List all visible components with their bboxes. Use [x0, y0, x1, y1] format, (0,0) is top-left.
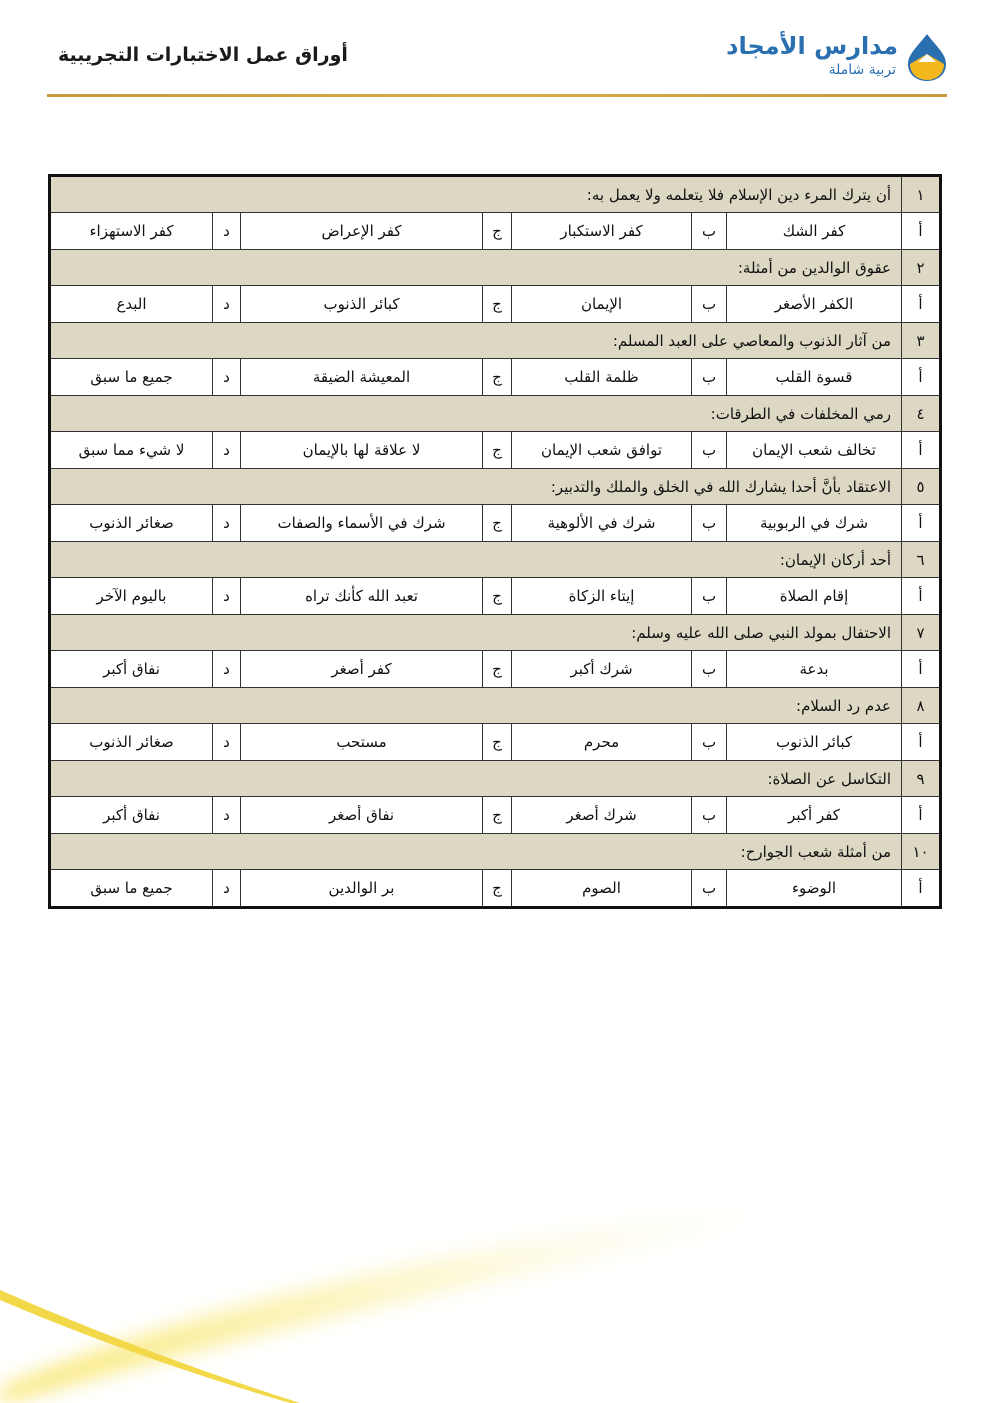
decorative-swoosh: [0, 1150, 992, 1403]
question-row: ٣من آثار الذنوب والمعاصي على العبد المسل…: [50, 323, 941, 359]
option-choice[interactable]: كفر الاستهزاء: [50, 213, 213, 250]
option-label: د: [213, 870, 241, 908]
option-label: د: [213, 213, 241, 250]
question-row: ٩التكاسل عن الصلاة:: [50, 761, 941, 797]
option-label: ب: [692, 797, 727, 834]
option-label: ج: [483, 797, 512, 834]
question-text: التكاسل عن الصلاة:: [50, 761, 902, 797]
option-label: د: [213, 505, 241, 542]
option-label: ب: [692, 286, 727, 323]
option-label: د: [213, 359, 241, 396]
question-row: ٥الاعتقاد بأنَّ أحدا يشارك الله في الخلق…: [50, 469, 941, 505]
option-label: ج: [483, 651, 512, 688]
drop-logo-icon: [906, 32, 948, 82]
option-choice[interactable]: لا شيء مما سبق: [50, 432, 213, 469]
option-choice[interactable]: الكفر الأصغر: [727, 286, 902, 323]
option-choice[interactable]: باليوم الآخر: [50, 578, 213, 615]
option-choice[interactable]: الصوم: [512, 870, 692, 908]
option-choice[interactable]: الإيمان: [512, 286, 692, 323]
option-choice[interactable]: شرك في الربوبية: [727, 505, 902, 542]
option-choice[interactable]: جميع ما سبق: [50, 359, 213, 396]
question-text: من آثار الذنوب والمعاصي على العبد المسلم…: [50, 323, 902, 359]
option-label: د: [213, 432, 241, 469]
question-text: الاحتفال بمولد النبي صلى الله عليه وسلم:: [50, 615, 902, 651]
option-choice[interactable]: صغائر الذنوب: [50, 505, 213, 542]
option-label: أ: [902, 870, 941, 908]
option-choice[interactable]: شرك في الأسماء والصفات: [241, 505, 483, 542]
option-choice[interactable]: بر الوالدين: [241, 870, 483, 908]
quiz-table: ١أن يترك المرء دين الإسلام فلا يتعلمه ول…: [48, 174, 942, 909]
option-label: أ: [902, 797, 941, 834]
option-choice[interactable]: الوضوء: [727, 870, 902, 908]
school-logo: مدارس الأمجاد تربية شاملة: [733, 30, 948, 85]
option-choice[interactable]: مستحب: [241, 724, 483, 761]
option-label: ب: [692, 724, 727, 761]
question-number: ٤: [902, 396, 941, 432]
option-choice[interactable]: نفاق أصغر: [241, 797, 483, 834]
option-label: ج: [483, 724, 512, 761]
question-number: ٥: [902, 469, 941, 505]
document-title: أوراق عمل الاختبارات التجريبية: [58, 44, 358, 66]
option-choice[interactable]: بدعة: [727, 651, 902, 688]
page-header: أوراق عمل الاختبارات التجريبية مدارس الأ…: [0, 0, 992, 100]
question-text: رمي المخلفات في الطرقات:: [50, 396, 902, 432]
option-label: أ: [902, 651, 941, 688]
option-label: ب: [692, 432, 727, 469]
question-text: الاعتقاد بأنَّ أحدا يشارك الله في الخلق …: [50, 469, 902, 505]
option-choice[interactable]: قسوة القلب: [727, 359, 902, 396]
option-choice[interactable]: نفاق أكبر: [50, 651, 213, 688]
option-choice[interactable]: لا علاقة لها بالإيمان: [241, 432, 483, 469]
option-label: أ: [902, 505, 941, 542]
option-choice[interactable]: شرك في الألوهية: [512, 505, 692, 542]
option-choice[interactable]: جميع ما سبق: [50, 870, 213, 908]
option-choice[interactable]: نفاق أكبر: [50, 797, 213, 834]
options-row: أشرك في الربوبيةبشرك في الألوهيةجشرك في …: [50, 505, 941, 542]
option-label: ج: [483, 578, 512, 615]
option-label: ج: [483, 432, 512, 469]
options-row: أإقام الصلاةبإيتاء الزكاةجتعبد الله كأنك…: [50, 578, 941, 615]
question-number: ٩: [902, 761, 941, 797]
option-label: د: [213, 286, 241, 323]
logo-name: مدارس الأمجاد: [726, 32, 898, 60]
header-divider: [47, 94, 947, 97]
question-text: عقوق الوالدين من أمثلة:: [50, 250, 902, 286]
option-label: ج: [483, 213, 512, 250]
question-number: ١٠: [902, 834, 941, 870]
option-label: أ: [902, 286, 941, 323]
option-label: ج: [483, 870, 512, 908]
options-row: أتخالف شعب الإيمانبتوافق شعب الإيمانجلا …: [50, 432, 941, 469]
option-choice[interactable]: تعبد الله كأنك تراه: [241, 578, 483, 615]
question-number: ٢: [902, 250, 941, 286]
option-choice[interactable]: كفر الاستكبار: [512, 213, 692, 250]
option-choice[interactable]: تخالف شعب الإيمان: [727, 432, 902, 469]
question-number: ٧: [902, 615, 941, 651]
question-row: ٦أحد أركان الإيمان:: [50, 542, 941, 578]
option-choice[interactable]: كفر الإعراض: [241, 213, 483, 250]
option-choice[interactable]: كفر أكبر: [727, 797, 902, 834]
option-label: أ: [902, 432, 941, 469]
option-label: ب: [692, 359, 727, 396]
option-label: د: [213, 578, 241, 615]
option-choice[interactable]: كفر الشك: [727, 213, 902, 250]
option-choice[interactable]: صغائر الذنوب: [50, 724, 213, 761]
option-label: ب: [692, 870, 727, 908]
option-choice[interactable]: شرك أصغر: [512, 797, 692, 834]
options-row: أقسوة القلببظلمة القلبجالمعيشة الضيقةدجم…: [50, 359, 941, 396]
option-label: ب: [692, 213, 727, 250]
option-label: د: [213, 651, 241, 688]
option-label: ب: [692, 578, 727, 615]
options-row: أبدعةبشرك أكبرجكفر أصغردنفاق أكبر: [50, 651, 941, 688]
options-row: أكبائر الذنوببمحرمجمستحبدصغائر الذنوب: [50, 724, 941, 761]
option-choice[interactable]: كفر أصغر: [241, 651, 483, 688]
option-choice[interactable]: إقام الصلاة: [727, 578, 902, 615]
options-row: أالكفر الأصغربالإيمانجكبائر الذنوبدالبدع: [50, 286, 941, 323]
option-label: أ: [902, 359, 941, 396]
question-row: ٧الاحتفال بمولد النبي صلى الله عليه وسلم…: [50, 615, 941, 651]
question-row: ١أن يترك المرء دين الإسلام فلا يتعلمه ول…: [50, 176, 941, 213]
option-label: د: [213, 724, 241, 761]
question-number: ٣: [902, 323, 941, 359]
option-label: ب: [692, 505, 727, 542]
question-text: عدم رد السلام:: [50, 688, 902, 724]
option-label: أ: [902, 578, 941, 615]
option-choice[interactable]: كبائر الذنوب: [727, 724, 902, 761]
question-row: ١٠من أمثلة شعب الجوارح:: [50, 834, 941, 870]
options-row: أالوضوءبالصومجبر الوالديندجميع ما سبق: [50, 870, 941, 908]
option-choice[interactable]: البدع: [50, 286, 213, 323]
option-choice[interactable]: توافق شعب الإيمان: [512, 432, 692, 469]
option-label: أ: [902, 213, 941, 250]
options-row: أكفر الشكبكفر الاستكبارجكفر الإعراضدكفر …: [50, 213, 941, 250]
question-text: من أمثلة شعب الجوارح:: [50, 834, 902, 870]
option-choice[interactable]: إيتاء الزكاة: [512, 578, 692, 615]
question-text: أن يترك المرء دين الإسلام فلا يتعلمه ولا…: [50, 176, 902, 213]
option-label: ب: [692, 651, 727, 688]
option-choice[interactable]: ظلمة القلب: [512, 359, 692, 396]
option-choice[interactable]: كبائر الذنوب: [241, 286, 483, 323]
options-row: أكفر أكبربشرك أصغرجنفاق أصغردنفاق أكبر: [50, 797, 941, 834]
option-choice[interactable]: شرك أكبر: [512, 651, 692, 688]
option-choice[interactable]: محرم: [512, 724, 692, 761]
question-text: أحد أركان الإيمان:: [50, 542, 902, 578]
option-label: ج: [483, 359, 512, 396]
logo-tagline: تربية شاملة: [829, 62, 896, 78]
option-label: ج: [483, 286, 512, 323]
question-row: ٤رمي المخلفات في الطرقات:: [50, 396, 941, 432]
question-number: ١: [902, 176, 941, 213]
question-number: ٦: [902, 542, 941, 578]
question-number: ٨: [902, 688, 941, 724]
question-row: ٢عقوق الوالدين من أمثلة:: [50, 250, 941, 286]
option-label: أ: [902, 724, 941, 761]
option-label: ج: [483, 505, 512, 542]
option-choice[interactable]: المعيشة الضيقة: [241, 359, 483, 396]
question-row: ٨عدم رد السلام:: [50, 688, 941, 724]
option-label: د: [213, 797, 241, 834]
